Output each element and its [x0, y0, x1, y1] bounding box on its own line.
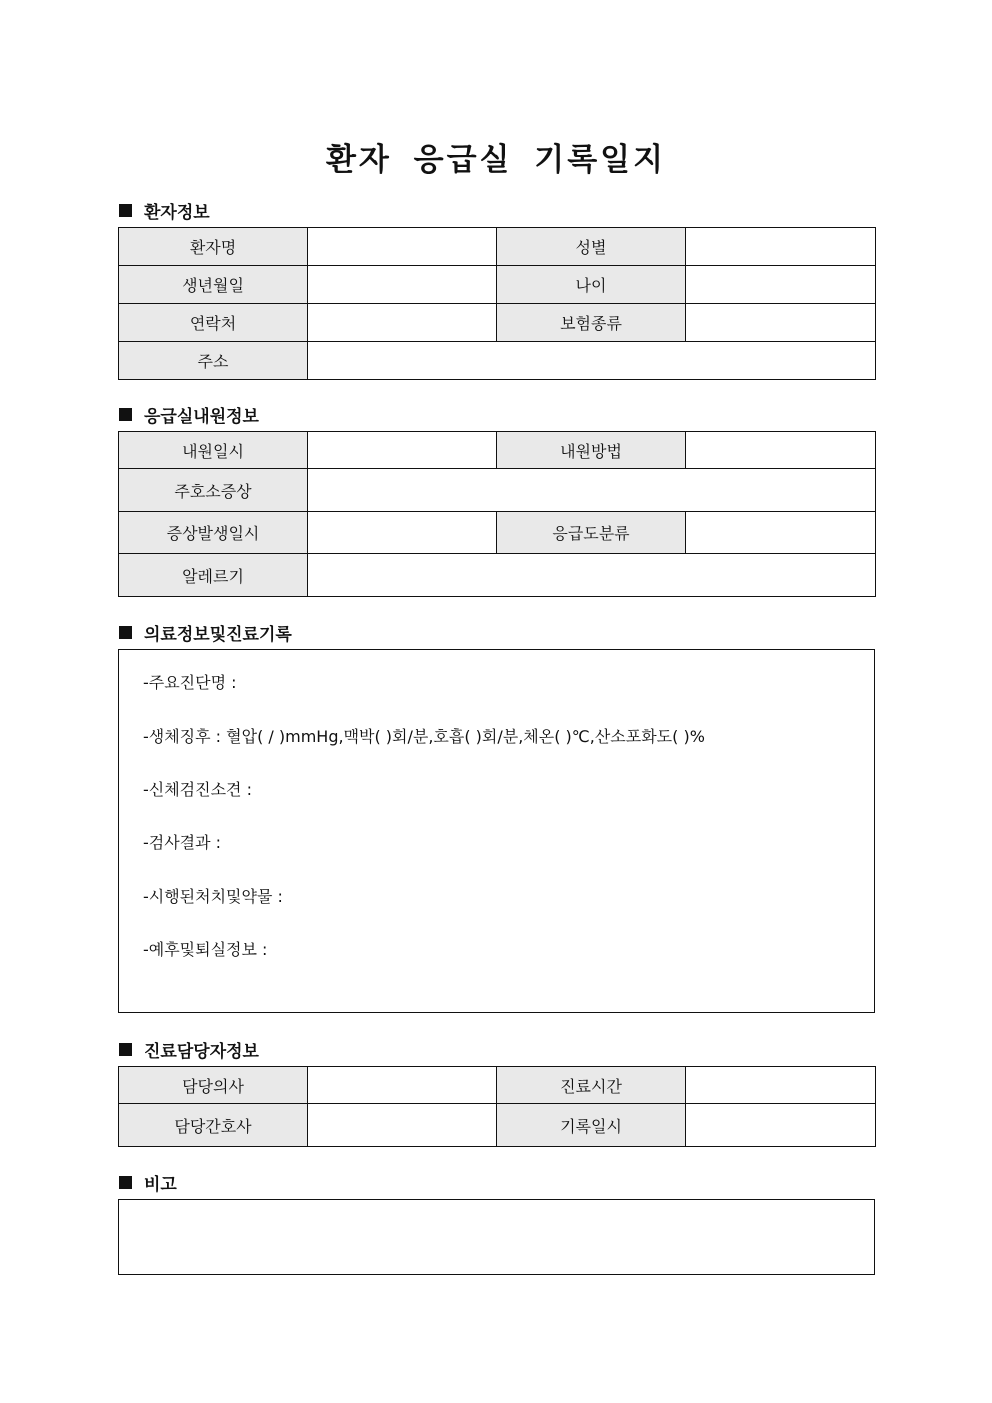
record-line-physical-exam: -신체검진소견 : [143, 777, 252, 800]
label-patient-name: 환자명 [119, 228, 308, 266]
patient-info-table: 환자명 성별 생년월일 나이 연락처 보험종류 주소 [118, 227, 876, 380]
record-line-prognosis: -예후및퇴실정보 : [143, 937, 267, 960]
onset-datetime-field[interactable] [308, 512, 497, 554]
label-triage-level: 응급도분류 [497, 512, 686, 554]
section-heading-remarks: 비고 [119, 1171, 177, 1193]
age-field[interactable] [686, 266, 876, 304]
table-row: 주소 [119, 342, 876, 380]
er-visit-table: 내원일시 내원방법 주호소증상 증상발생일시 응급도분류 알레르기 [118, 431, 876, 597]
table-row: 연락처 보험종류 [119, 304, 876, 342]
square-bullet-icon [119, 408, 132, 421]
record-line-treatment: -시행된처치및약물 : [143, 884, 283, 907]
contact-field[interactable] [308, 304, 497, 342]
record-line-diagnosis: -주요진단명 : [143, 670, 237, 693]
insurance-type-field[interactable] [686, 304, 876, 342]
section-title: 환자정보 [144, 198, 210, 223]
remarks-box[interactable] [118, 1199, 875, 1275]
label-contact: 연락처 [119, 304, 308, 342]
square-bullet-icon [119, 1043, 132, 1056]
sex-field[interactable] [686, 228, 876, 266]
table-row: 알레르기 [119, 554, 876, 597]
page-title: 환자 응급실 기록일지 [0, 134, 992, 179]
chief-complaint-field[interactable] [308, 469, 876, 512]
label-onset-datetime: 증상발생일시 [119, 512, 308, 554]
label-age: 나이 [497, 266, 686, 304]
arrival-method-field[interactable] [686, 432, 876, 469]
table-row: 환자명 성별 [119, 228, 876, 266]
section-title: 진료담당자정보 [144, 1037, 259, 1062]
table-row: 내원일시 내원방법 [119, 432, 876, 469]
square-bullet-icon [119, 204, 132, 217]
label-record-datetime: 기록일시 [497, 1104, 686, 1147]
medical-record-box[interactable]: -주요진단명 : -생체징후 : 혈압( / )mmHg,맥박( )회/분,호흡… [118, 649, 875, 1013]
section-title: 비고 [144, 1170, 177, 1195]
label-sex: 성별 [497, 228, 686, 266]
table-row: 담당의사 진료시간 [119, 1067, 876, 1104]
attending-nurse-field[interactable] [308, 1104, 497, 1147]
table-row: 주호소증상 [119, 469, 876, 512]
table-row: 생년월일 나이 [119, 266, 876, 304]
square-bullet-icon [119, 626, 132, 639]
record-line-test-results: -검사결과 : [143, 830, 221, 853]
table-row: 증상발생일시 응급도분류 [119, 512, 876, 554]
square-bullet-icon [119, 1176, 132, 1189]
address-field[interactable] [308, 342, 876, 380]
record-line-vital-signs: -생체징후 : 혈압( / )mmHg,맥박( )회/분,호흡( )회/분,체온… [143, 724, 705, 747]
label-allergy: 알레르기 [119, 554, 308, 597]
section-heading-er-visit: 응급실내원정보 [119, 403, 259, 425]
label-attending-doctor: 담당의사 [119, 1067, 308, 1104]
label-attending-nurse: 담당간호사 [119, 1104, 308, 1147]
label-address: 주소 [119, 342, 308, 380]
label-visit-datetime: 내원일시 [119, 432, 308, 469]
label-insurance-type: 보험종류 [497, 304, 686, 342]
staff-table: 담당의사 진료시간 담당간호사 기록일시 [118, 1066, 876, 1147]
label-birthdate: 생년월일 [119, 266, 308, 304]
attending-doctor-field[interactable] [308, 1067, 497, 1104]
section-heading-patient-info: 환자정보 [119, 199, 210, 221]
section-heading-staff: 진료담당자정보 [119, 1038, 259, 1060]
label-chief-complaint: 주호소증상 [119, 469, 308, 512]
record-datetime-field[interactable] [686, 1104, 876, 1147]
section-title: 응급실내원정보 [144, 402, 259, 427]
label-arrival-method: 내원방법 [497, 432, 686, 469]
section-title: 의료정보및진료기록 [144, 620, 292, 645]
birthdate-field[interactable] [308, 266, 497, 304]
visit-datetime-field[interactable] [308, 432, 497, 469]
label-treatment-time: 진료시간 [497, 1067, 686, 1104]
table-row: 담당간호사 기록일시 [119, 1104, 876, 1147]
section-heading-medical-record: 의료정보및진료기록 [119, 621, 292, 643]
treatment-time-field[interactable] [686, 1067, 876, 1104]
triage-level-field[interactable] [686, 512, 876, 554]
patient-name-field[interactable] [308, 228, 497, 266]
allergy-field[interactable] [308, 554, 876, 597]
